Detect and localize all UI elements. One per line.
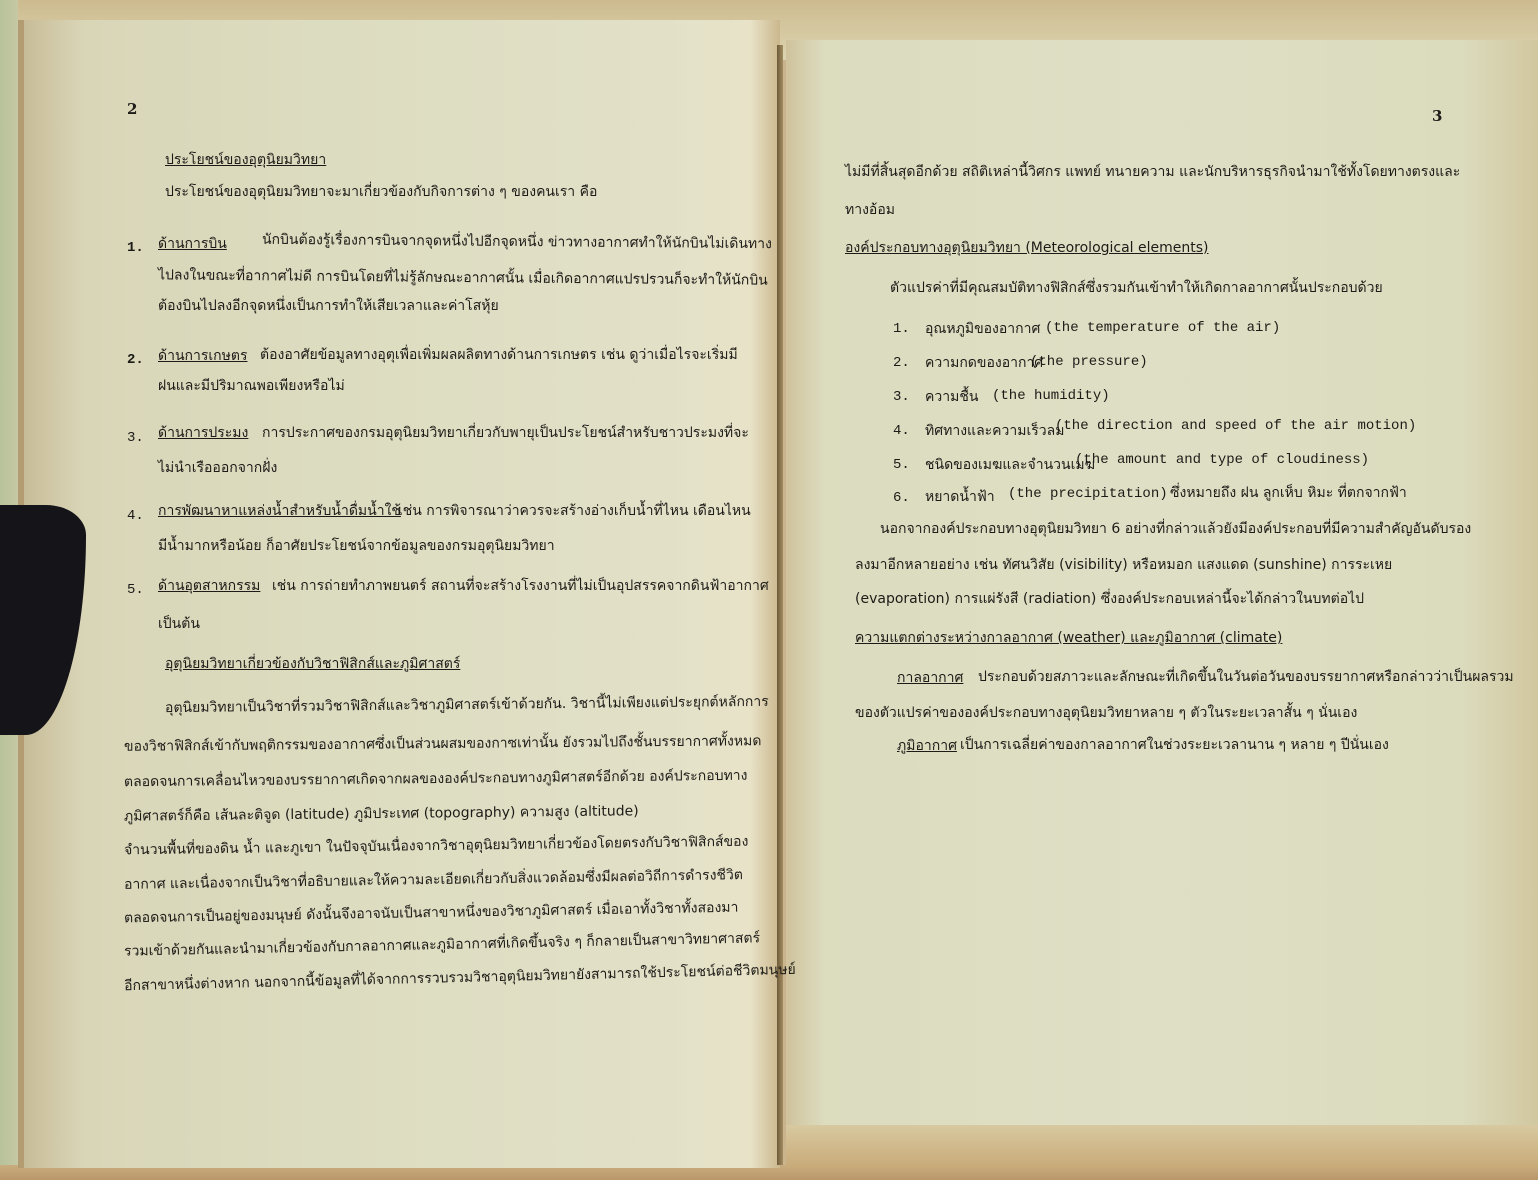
right-page-bottom-edge [786,1125,1538,1168]
right-intro: ตัวแปรค่าที่มีคุณสมบัติทางฟิสิกส์ซึ่งรวม… [890,280,1383,296]
element-number: 3. [893,389,910,405]
definition-line: ของตัวแปรค่าขององค์ประกอบทางอุตุนิยมวิทย… [855,705,1357,721]
item-title: ด้านการบิน [158,236,227,252]
element-thai: ชนิดของเมฆและจำนวนเมฆ [925,457,1095,473]
item-line: ต้องอาศัยข้อมูลทางอุตุเพื่อเพิ่มผลผลิตทา… [260,347,738,363]
item-line: การประกาศของกรมอุตุนิยมวิทยาเกี่ยวกับพาย… [262,425,749,441]
right-continuation-line: ทางอ้อม [845,202,895,218]
item-title: การพัฒนาหาแหล่งน้ำสำหรับน้ำดื่มน้ำใช้ [158,503,401,519]
right-heading-weather-climate: ความแตกต่างระหว่างกาลอากาศ (weather) และ… [855,630,1282,646]
paragraph-line: นอกจากองค์ประกอบทางอุตุนิยมวิทยา 6 อย่าง… [880,521,1471,537]
right-continuation-line: ไม่มีที่สิ้นสุดอีกด้วย สถิติเหล่านี้วิศก… [845,164,1460,180]
item-title: ด้านการประมง [158,425,248,441]
element-number: 1. [893,321,910,337]
element-number: 5. [893,457,910,473]
element-number: 6. [893,490,910,506]
item-line: มีน้ำมากหรือน้อย ก็อาศัยประโยชน์จากข้อมู… [158,538,555,554]
right-page [786,40,1538,1125]
element-thai: ความชื้น [925,389,978,405]
item-line: ไม่นำเรือออกจากฝั่ง [158,460,277,476]
item-number: 2. [127,352,144,368]
definition-line: ประกอบด้วยสภาวะและลักษณะที่เกิดขึ้นในวัน… [978,669,1514,685]
item-line: ต้องบินไปลงอีกจุดหนึ่งเป็นการทำให้เสียเว… [158,298,499,314]
element-number: 2. [893,355,910,371]
right-page-number: 3 [1432,107,1442,125]
element-english: (the temperature of the air) [1045,320,1280,336]
item-number: 3. [127,430,144,446]
left-heading-benefits: ประโยชน์ของอุตุนิยมวิทยา [165,152,326,168]
item-line: เช่น การพิจารณาว่าควรจะสร้างอ่างเก็บน้ำท… [398,503,751,519]
left-page-number: 2 [127,100,137,118]
paragraph-line: ลงมาอีกหลายอย่าง เช่น ทัศนวิสัย (visibil… [855,557,1392,573]
book-gutter [777,45,783,1165]
item-line: ฝนและมีปริมาณพอเพียงหรือไม่ [158,378,345,394]
element-english: (the humidity) [992,388,1110,404]
definition-line: เป็นการเฉลี่ยค่าของกาลอากาศในช่วงระยะเวล… [960,737,1389,753]
element-english: (the pressure) [1030,354,1148,370]
element-english: (the amount and type of cloudiness) [1075,452,1369,468]
item-line: เป็นต้น [158,616,200,632]
paragraph-line: (evaporation) การแผ่รังสี (radiation) ซึ… [855,591,1364,607]
item-title: ด้านอุตสาหกรรม [158,578,260,594]
element-thai: ทิศทางและความเร็วลม [925,423,1064,439]
left-heading-physics-geography: อุตุนิยมวิทยาเกี่ยวข้องกับวิชาฟิสิกส์และ… [165,656,460,672]
item-title: ด้านการเกษตร [158,348,247,364]
weather-term: กาลอากาศ [897,670,963,686]
element-thai: ความกดของอากาศ [925,355,1043,371]
element-english: (the precipitation) [1008,486,1168,502]
element-extra: ซึ่งหมายถึง ฝน ลูกเห็บ หิมะ ที่ตกจากฟ้า [1170,485,1407,501]
item-line: เช่น การถ่ายทำภาพยนตร์ สถานที่จะสร้างโรง… [272,578,769,594]
element-number: 4. [893,423,910,439]
item-number: 4. [127,508,144,524]
element-thai: หยาดน้ำฟ้า [925,489,995,505]
element-english: (the direction and speed of the air moti… [1055,418,1416,434]
item-number: 5. [127,582,144,598]
item-number: 1. [127,240,144,256]
climate-term: ภูมิอากาศ [897,738,957,754]
element-thai: อุณหภูมิของอากาศ [925,321,1040,337]
right-heading-elements: องค์ประกอบทางอุตุนิยมวิทยา (Meteorologic… [845,240,1209,256]
left-intro: ประโยชน์ของอุตุนิยมวิทยาจะมาเกี่ยวข้องกั… [165,184,597,200]
